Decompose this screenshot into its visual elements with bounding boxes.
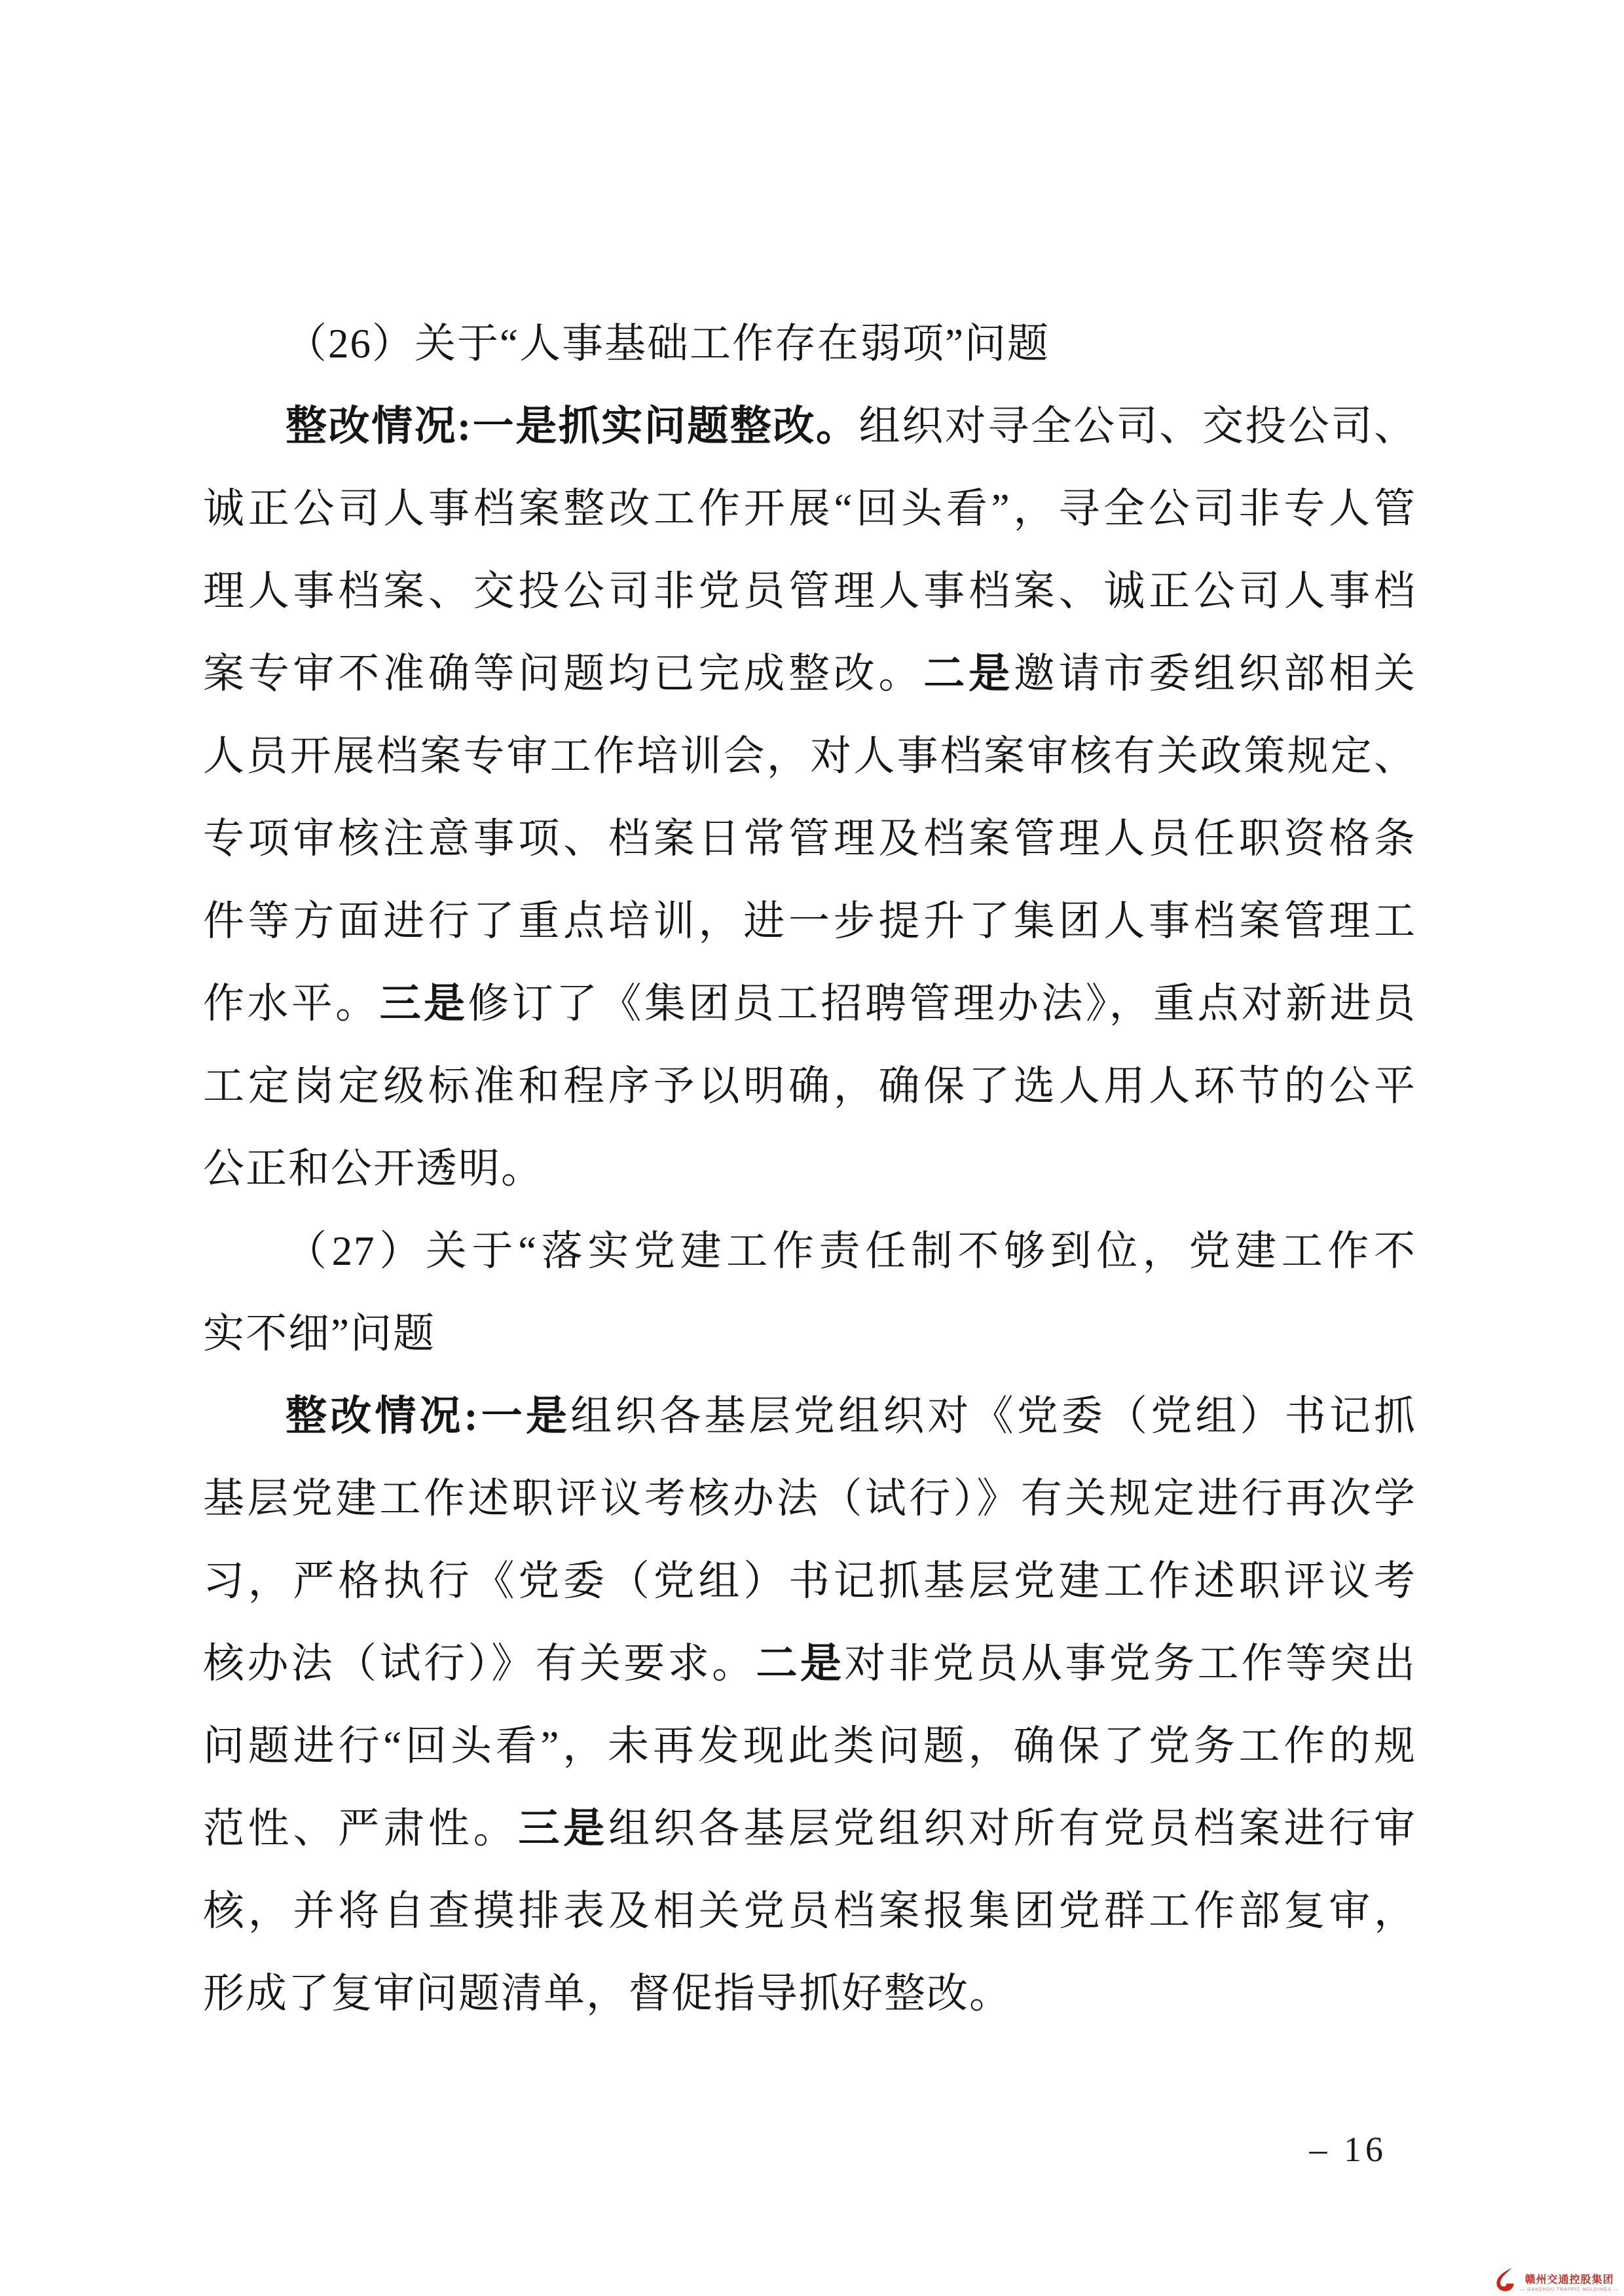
text-segment: 理人事档案、交投公司非党员管理人事档案、诚正公司人事档 [203,568,1416,614]
text-segment: 工定岗定级标准和程序予以明确，确保了选人用人环节的公平 [203,1063,1416,1109]
text-segment: 形成了复审问题清单，督促指导抓好整改。 [203,1971,1012,2016]
text-segment: 邀请市委组织部相关 [1014,651,1416,697]
text-segment: 公正和公开透明。 [203,1146,544,1192]
company-logo: 赣州交通控股集团 — GANZHOU TRAFFIC HOLDINGS — [1494,2267,1619,2292]
text-segment: 组织各基层党组织对所有党员档案进行审 [608,1806,1416,1851]
bold-text-segment: 整改情况:一是 [286,1393,570,1439]
text-segment: 案专审不准确等问题均已完成整改。 [203,651,923,697]
text-line: 公正和公开透明。 [203,1127,1416,1210]
text-segment: 诚正公司人事档案整改工作开展“回头看”，寻全公司非专人管 [203,486,1416,532]
document-body: （26）关于“人事基础工作存在弱项”问题整改情况:一是抓实问题整改。组织对寻全公… [203,302,1416,2035]
text-segment: （27）关于“落实党建工作责任制不够到位，党建工作不 [286,1228,1416,1274]
bold-text-segment: 整改情况:一是抓实问题整改。 [286,403,859,449]
text-line: 专项审核注意事项、档案日常管理及档案管理人员任职资格条 [203,797,1416,880]
logo-g-icon [1494,2267,1516,2292]
text-segment: 件等方面进行了重点培训，进一步提升了集团人事档案管理工 [203,898,1416,944]
text-segment: 人员开展档案专审工作培训会，对人事档案审核有关政策规定、 [203,733,1416,779]
text-line: 诚正公司人事档案整改工作开展“回头看”，寻全公司非专人管 [203,467,1416,550]
text-segment: 修订了《集团员工招聘管理办法》，重点对新进员 [468,981,1416,1027]
text-segment: 对非党员从事党务工作等突出 [844,1641,1416,1686]
text-line: 实不细”问题 [203,1292,1416,1375]
text-line: 习，严格执行《党委（党组）书记抓基层党建工作述职评议考 [203,1540,1416,1622]
text-segment: 基层党建工作述职评议考核办法（试行）》有关规定进行再次学 [203,1476,1416,1522]
bold-text-segment: 三是 [380,981,468,1027]
text-segment: 核，并将自查摸排表及相关党员档案报集团党群工作部复审， [203,1888,1416,1934]
text-line: 范性、严肃性。三是组织各基层党组织对所有党员档案进行审 [203,1787,1416,1870]
text-segment: 作水平。 [203,981,380,1027]
text-line: 理人事档案、交投公司非党员管理人事档案、诚正公司人事档 [203,550,1416,632]
text-line: 形成了复审问题清单，督促指导抓好整改。 [203,1952,1416,2035]
text-line: 问题进行“回头看”，未再发现此类问题，确保了党务工作的规 [203,1705,1416,1787]
text-line: 案专审不准确等问题均已完成整改。二是邀请市委组织部相关 [203,632,1416,715]
text-line: （26）关于“人事基础工作存在弱项”问题 [203,302,1416,385]
bold-text-segment: 二是 [756,1641,845,1686]
text-line: 整改情况:一是组织各基层党组织对《党委（党组）书记抓 [203,1375,1416,1457]
text-segment: 实不细”问题 [203,1311,435,1357]
text-line: （27）关于“落实党建工作责任制不够到位，党建工作不 [203,1210,1416,1292]
logo-company-name: 赣州交通控股集团 [1525,2275,1614,2286]
text-segment: 组织对寻全公司、交投公司、 [859,403,1416,449]
text-segment: 范性、严肃性。 [203,1806,518,1851]
text-segment: 问题进行“回头看”，未再发现此类问题，确保了党务工作的规 [203,1723,1416,1769]
text-line: 人员开展档案专审工作培训会，对人事档案审核有关政策规定、 [203,715,1416,797]
text-segment: （26）关于“人事基础工作存在弱项”问题 [286,321,1050,367]
text-segment: 习，严格执行《党委（党组）书记抓基层党建工作述职评议考 [203,1558,1416,1604]
page-number: – 16 [1310,2129,1388,2170]
text-line: 作水平。三是修订了《集团员工招聘管理办法》，重点对新进员 [203,962,1416,1045]
text-line: 基层党建工作述职评议考核办法（试行）》有关规定进行再次学 [203,1457,1416,1540]
text-segment: 专项审核注意事项、档案日常管理及档案管理人员任职资格条 [203,816,1416,862]
text-line: 工定岗定级标准和程序予以明确，确保了选人用人环节的公平 [203,1045,1416,1127]
logo-text: 赣州交通控股集团 — GANZHOU TRAFFIC HOLDINGS — [1520,2275,1619,2292]
bold-text-segment: 三是 [518,1806,608,1851]
text-line: 整改情况:一是抓实问题整改。组织对寻全公司、交投公司、 [203,385,1416,467]
text-line: 核办法（试行）》有关要求。二是对非党员从事党务工作等突出 [203,1622,1416,1705]
text-line: 件等方面进行了重点培训，进一步提升了集团人事档案管理工 [203,880,1416,962]
text-segment: 核办法（试行）》有关要求。 [203,1641,756,1686]
text-line: 核，并将自查摸排表及相关党员档案报集团党群工作部复审， [203,1870,1416,1952]
logo-company-name-en: — GANZHOU TRAFFIC HOLDINGS — [1520,2287,1619,2292]
text-segment: 组织各基层党组织对《党委（党组）书记抓 [570,1393,1416,1439]
bold-text-segment: 二是 [923,651,1014,697]
